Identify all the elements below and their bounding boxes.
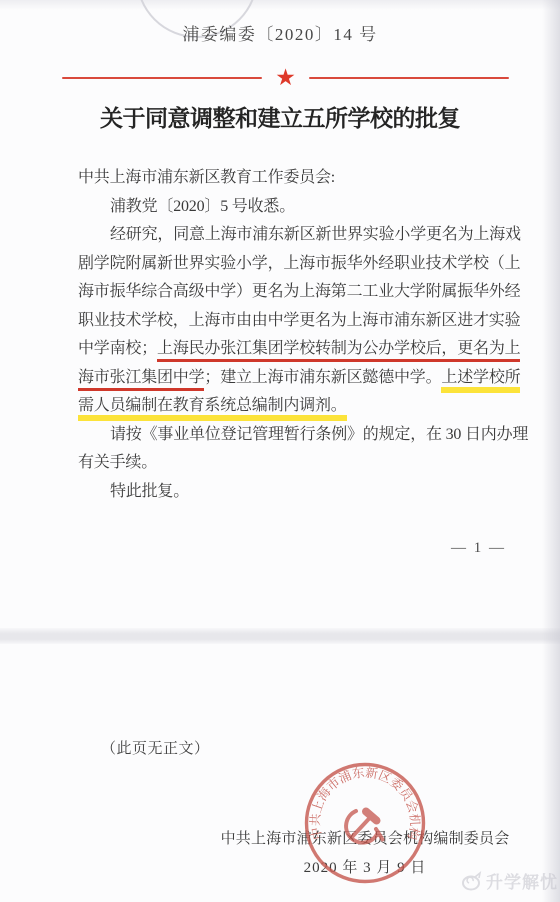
- body-text: 经研究，同意上海市浦东新区新世界实验小学更名为上海戏: [110, 226, 521, 243]
- body-text: 中共上海市浦东新区教育工作委员会:: [78, 169, 335, 186]
- body-line: 浦教党〔2020〕5 号收悉。: [78, 193, 511, 222]
- red-header-separator: ★: [62, 66, 509, 90]
- body-line: 职业技术学校，上海市由由中学更名为上海市浦东新区进才实验: [78, 307, 511, 336]
- document-title: 关于同意调整和建立五所学校的批复: [0, 100, 560, 133]
- body-line: 中学南校；上海民办张江集团学校转制为公办学校后，更名为上: [78, 335, 511, 364]
- watermark: 升学解忧: [461, 868, 558, 893]
- body-text: 剧学院附属新世界实验小学，上海市振华外经职业技术学校（上: [78, 255, 520, 272]
- seal-graphic: 中共上海市浦东新区委员会机构编制委员会: [302, 760, 428, 886]
- photo-edge-shade-top: [0, 0, 560, 10]
- svg-text:中共上海市浦东新区委员会机构编制委员会: 中共上海市浦东新区委员会机构编制委员会: [302, 760, 423, 842]
- document-number: 浦委编委〔2020〕14 号: [0, 20, 560, 45]
- body-line: 请按《事业单位登记管理暂行条例》的规定，在 30 日内办理: [78, 421, 511, 450]
- hammer-sickle-emblem: [346, 811, 382, 843]
- body-text: 中学南校；: [78, 340, 157, 357]
- body-text: 浦教党〔2020〕5 号收悉。: [110, 198, 295, 215]
- watermark-label: 升学解忧: [486, 868, 558, 893]
- page-break-divider: [0, 628, 560, 644]
- official-seal-stamp: 中共上海市浦东新区委员会机构编制委员会: [302, 760, 428, 886]
- body-text: 海市振华综合高级中学）更名为上海第二工业大学附属振华外经: [78, 283, 520, 300]
- photo-edge-shade-right: [542, 0, 560, 902]
- annotated-text-yellow: 上述学校所: [441, 369, 520, 393]
- red-star-icon: ★: [275, 67, 296, 90]
- body-text: 职业技术学校，上海市由由中学更名为上海市浦东新区进才实验: [78, 312, 520, 329]
- annotated-text-yellow: 需人员编制在教育系统总编制内调剂。: [78, 397, 347, 421]
- body-line: 剧学院附属新世界实验小学，上海市振华外经职业技术学校（上: [78, 250, 511, 279]
- body-text: 请按《事业单位登记管理暂行条例》的规定，在 30 日内办理: [110, 426, 528, 443]
- body-text: 有关手续。: [78, 454, 157, 471]
- body-line: 特此批复。: [78, 478, 511, 507]
- body-line: 经研究，同意上海市浦东新区新世界实验小学更名为上海戏: [78, 221, 511, 250]
- separator-line-left: [62, 77, 262, 80]
- body-line: 有关手续。: [78, 449, 511, 478]
- body-line: 海市张江集团中学；建立上海市浦东新区懿德中学。上述学校所: [78, 364, 511, 393]
- document-body: 中共上海市浦东新区教育工作委员会:浦教党〔2020〕5 号收悉。经研究，同意上海…: [78, 164, 511, 506]
- body-text: 特此批复。: [110, 483, 189, 500]
- page-number: — 1 —: [0, 540, 506, 557]
- official-document-photo: 浦委编委〔2020〕14 号 ★ 关于同意调整和建立五所学校的批复 中共上海市浦…: [0, 0, 560, 902]
- body-line: 需人员编制在教育系统总编制内调剂。: [78, 392, 511, 421]
- annotated-text-red: 海市张江集团中学: [78, 369, 204, 391]
- body-text: ；建立上海市浦东新区懿德中学。: [204, 369, 441, 386]
- body-line: 中共上海市浦东新区教育工作委员会:: [78, 164, 511, 193]
- watermark-logo-icon: [461, 870, 483, 892]
- annotated-text-red: 上海民办张江集团学校转制为公办学校后，更名为上: [157, 340, 520, 362]
- no-body-text-note: （此页无正文）: [101, 737, 210, 758]
- body-line: 海市振华综合高级中学）更名为上海第二工业大学附属振华外经: [78, 278, 511, 307]
- separator-line-right: [309, 77, 509, 80]
